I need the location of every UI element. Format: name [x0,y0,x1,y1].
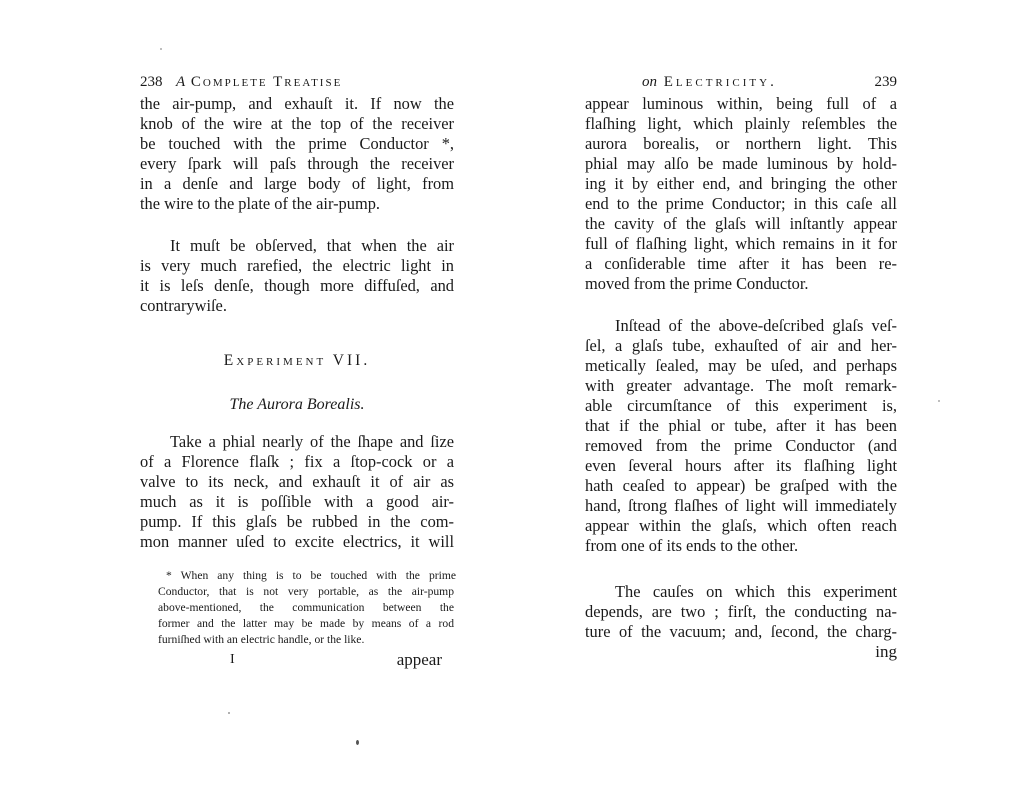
running-head-article: A [176,74,185,90]
text-line: depends, are two ; firſt, the conducting… [585,602,897,622]
text-line: moved from the prime Conductor. [585,274,897,294]
text-line: hath ceaſed to appear) be graſped with t… [585,476,897,496]
text-line: ſel, a glaſs tube, exhauſted of air and … [585,336,897,356]
scan-speck [356,740,359,745]
text-line: flaſhing light, which plainly reſembles … [585,114,897,134]
footnote-line: * When any thing is to be touched with t… [160,568,456,584]
scan-speck [228,712,230,714]
text-line: hand, ſtrong flaſhes of light will immed… [585,496,897,516]
text-line: appear within the glaſs, which often rea… [585,516,897,536]
footnote-line: former and the latter may be made by mea… [158,616,454,632]
text-line: the cavity of the glaſs will inſtantly a… [585,214,897,234]
experiment-heading: Experiment VII. [140,352,454,370]
text-line: that if the phial or tube, after it has … [585,416,897,436]
running-head-title: A Complete Treatise [176,74,342,91]
text-line: valve to its neck, and exhauſt it of air… [140,472,454,492]
scan-speck [938,400,940,402]
catchword: appear [397,650,442,670]
footnote-line: Conductor, that is not very portable, as… [158,584,454,600]
page-number: 239 [875,74,898,91]
running-head-text: Complete Treatise [191,74,342,90]
text-line: even ſeveral hours after its flaſhing li… [585,456,897,476]
running-head: 238 A Complete Treatise [140,74,454,94]
text-line: is very much rarefied, the electric ligh… [140,256,454,276]
text-line: ture of the vacuum; and, ſecond, the cha… [585,622,897,642]
text-line: with greater advantage. The moſt remark- [585,376,897,396]
text-line: every ſpark will paſs through the receiv… [140,154,454,174]
text-line: a conſiderable time after it has been re… [585,254,897,274]
page-number: 238 [140,74,163,91]
text-line: Take a phial nearly of the ſhape and ſiz… [140,432,454,452]
text-line: end to the prime Conductor; in this caſe… [585,194,897,214]
text-line: full of flaſhing light, which remains in… [585,234,897,254]
text-line: pump. If this glaſs be rubbed in the com… [140,512,454,532]
running-head-prefix: on [642,74,657,90]
text-line: the air-pump, and exhauſt it. If now the [140,94,454,114]
running-head-title: on Electricity. [642,74,777,91]
text-line: much as it is poſſible with a good air- [140,492,454,512]
text-line: the wire to the plate of the air-pump. [140,194,454,214]
text-line: It muſt be obſerved, that when the air [140,236,454,256]
text-line: it is leſs denſe, though more diffuſed, … [140,276,454,296]
text-line: able circumſtance of this experiment is, [585,396,897,416]
text-line: knob of the wire at the top of the recei… [140,114,454,134]
experiment-subtitle: The Aurora Borealis. [140,396,454,414]
text-line: of a Florence flaſk ; fix a ſtop-cock or… [140,452,454,472]
catchword: ing [875,642,897,662]
text-line: appear luminous within, being full of a [585,94,897,114]
text-line: mon manner uſed to excite electrics, it … [140,532,454,552]
text-line: ing it by either end, and bringing the o… [585,174,897,194]
text-line: be touched with the prime Conductor *, [140,134,454,154]
footnote-line: furniſhed with an electric handle, or th… [158,632,454,648]
scan-speck [160,48,162,50]
text-line: removed from the prime Conductor (and [585,436,897,456]
text-line: Inſtead of the above-deſcribed glaſs veſ… [585,316,897,336]
text-line: in a denſe and large body of light, from [140,174,454,194]
signature-mark: I [230,652,235,668]
running-head: on Electricity. 239 [585,74,897,94]
footnote-line: above-mentioned, the communication betwe… [158,600,454,616]
text-line: phial may alſo be made luminous by hold- [585,154,897,174]
text-line: aurora borealis, or northern light. This [585,134,897,154]
text-line: from one of its ends to the other. [585,536,897,556]
text-line: The cauſes on which this experiment [585,582,897,602]
running-head-text: Electricity. [664,74,777,90]
text-line: contrarywiſe. [140,296,454,316]
text-line: metically ſealed, may be uſed, and perha… [585,356,897,376]
